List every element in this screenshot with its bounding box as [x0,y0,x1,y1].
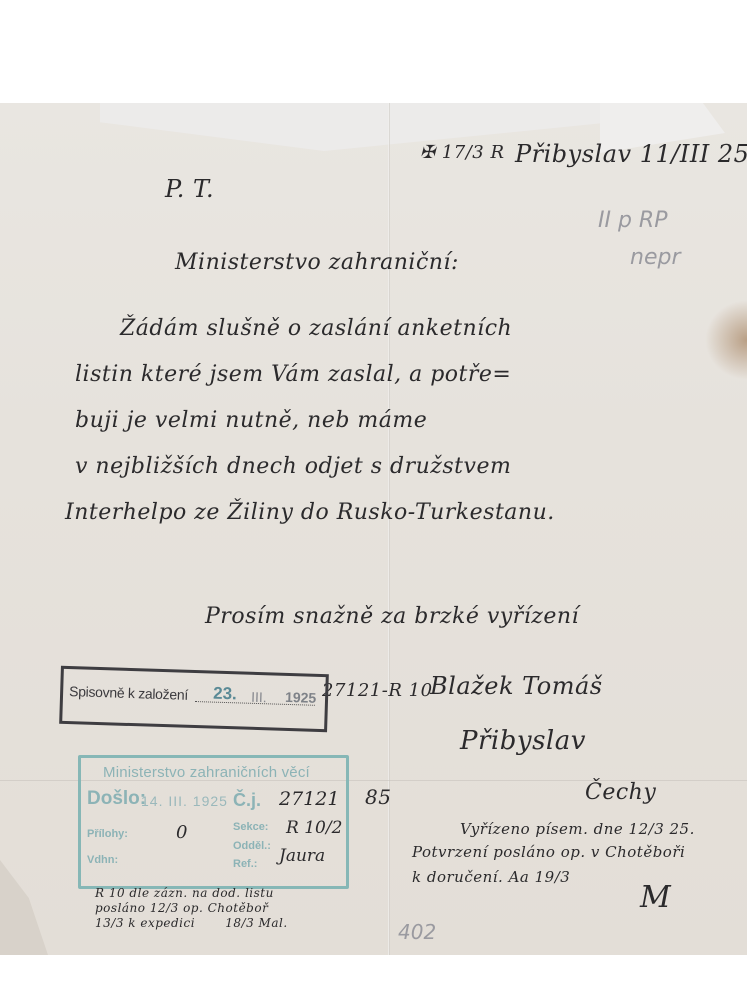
section-value: R 10/2 [286,818,342,838]
referent-label: Ref.: [233,858,257,870]
body-line-5: Interhelpo ze Žiliny do Rusko-Turkestanu… [65,500,555,525]
attachments-value: 0 [176,822,187,843]
margin-reference: 27121-R 10 [322,680,433,701]
body-line-3: buji je velmi nutně, neb máme [75,408,427,433]
department-label: Odděl.: [233,840,271,852]
resolution-line-3: k doručení. Aa 19/3 [412,868,570,886]
bundles-label: Vdhn: [87,854,118,866]
signature-region: Čechy [585,780,656,805]
resolution-line-2: Potvrzení posláno op. v Chotěboři [412,843,685,861]
filing-stamp-month: III. [251,689,267,705]
filing-stamp-year: 1925 [285,689,317,706]
body-line-1: Žádám slušně o zaslání anketních [120,316,512,341]
cj-label: Č.j. [233,790,261,811]
signature-name: Blažek Tomáš [430,672,603,700]
signature-town: Přibyslav [460,726,586,756]
ministry-receipt-stamp: Ministerstvo zahraničních věcí Došlo: 14… [78,755,349,889]
stamp-note-line-3: 13/3 k expedici 18/3 Mal. [95,916,288,930]
addressee: Ministerstvo zahraniční: [175,250,459,275]
pencil-note-2: nepr [630,245,681,270]
referent-value: Jaura [279,846,325,866]
section-label: Sekce: [233,821,268,833]
filing-stamp-label: Spisovně k založení [69,683,188,703]
filing-stamp-day: 23. [213,684,237,705]
ministry-stamp-title: Ministerstvo zahraničních věcí [103,764,310,781]
resolution-line-1: Vyřízeno písem. dne 12/3 25. [460,820,695,838]
received-date: 14. III. 1925 [141,793,228,809]
cj-value: 27121 [279,788,339,810]
filing-stamp: Spisovně k založení 23. III. 1925 [59,666,329,732]
pencil-note-1: II p RP [598,208,667,233]
place-date: Přibyslav 11/III 25 [515,140,747,168]
stamp-note-line-2: posláno 12/3 op. Chotěboř [95,901,268,915]
salutation: P. T. [165,175,214,203]
body-line-4: v nejbližších dnech odjet s družstvem [75,454,511,479]
paper-stain [705,300,747,380]
attachments-label: Přílohy: [87,828,128,840]
stamp-note-line-1: R 10 dle zázn. na dod. listu [95,886,274,900]
vertical-fold [388,103,390,955]
closing: Prosím snažně za brzké vyřízení [205,604,579,629]
resolution-initials: M [640,880,671,915]
received-label: Došlo: [87,788,146,810]
margin-number: 85 [365,785,391,809]
pencil-bottom-number: 402 [398,920,436,944]
reference-note: ✠ 17/3 R [420,142,505,163]
body-line-2: listin které jsem Vám zaslal, a potře= [75,362,511,387]
